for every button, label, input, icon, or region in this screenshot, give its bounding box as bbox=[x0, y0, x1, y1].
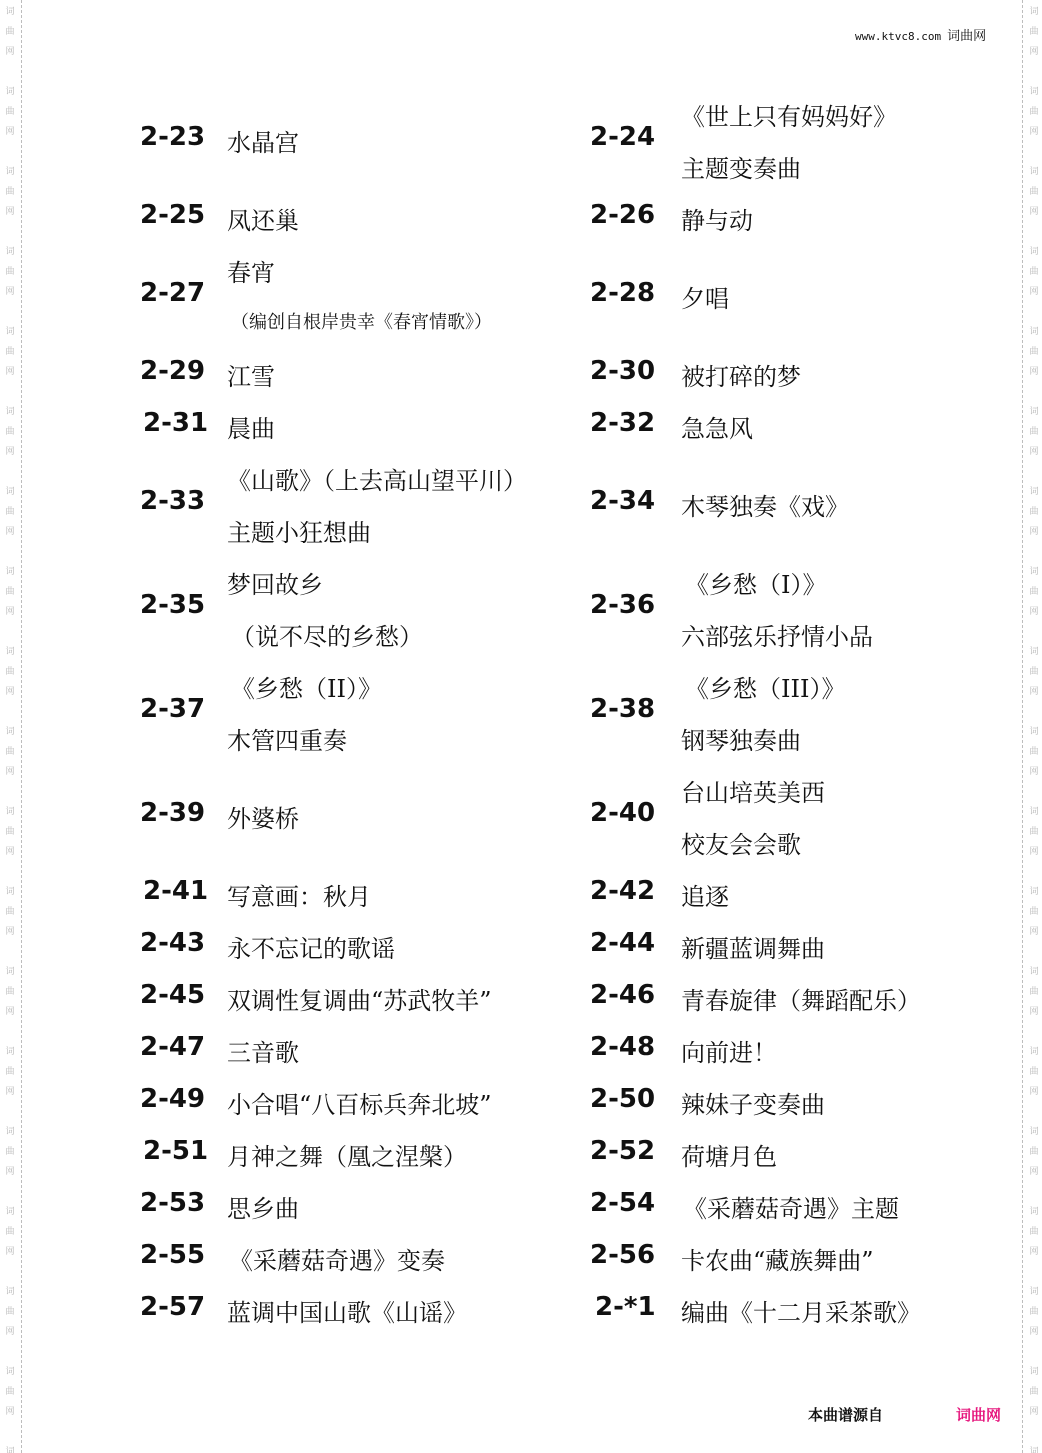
watermark-glyph: 词 bbox=[0, 165, 20, 180]
watermark-glyph: 网 bbox=[1024, 765, 1042, 780]
watermark-glyph: 网 bbox=[1024, 205, 1042, 220]
watermark-glyph: 网 bbox=[1024, 1325, 1042, 1340]
watermark-glyph: 网 bbox=[1024, 365, 1042, 380]
watermark-glyph: 曲 bbox=[1024, 905, 1042, 920]
entry-title: 小合唱“八百标兵奔北坡” bbox=[227, 1085, 492, 1120]
entry-title: 新疆蓝调舞曲 bbox=[681, 929, 825, 964]
entry-number: 2-45 bbox=[140, 980, 205, 1010]
watermark-glyph: 曲 bbox=[0, 425, 20, 440]
entry-number: 2-47 bbox=[140, 1032, 205, 1062]
entry-number: 2-56 bbox=[590, 1240, 655, 1270]
entry-title: 急急风 bbox=[681, 409, 753, 444]
entry-subtitle: （说不尽的乡愁） bbox=[231, 617, 423, 652]
entry-number: 2-46 bbox=[590, 980, 655, 1010]
entry-title: 江雪 bbox=[227, 357, 275, 392]
watermark-glyph: 曲 bbox=[0, 905, 20, 920]
entry-number: 2-34 bbox=[590, 486, 655, 516]
watermark-glyph: 词 bbox=[1024, 5, 1042, 20]
entry-number: 2-41 bbox=[143, 876, 208, 906]
watermark-glyph: 网 bbox=[0, 1405, 20, 1420]
watermark-glyph: 网 bbox=[0, 45, 20, 60]
watermark-glyph: 词 bbox=[0, 5, 20, 20]
watermark-glyph: 网 bbox=[0, 1005, 20, 1020]
watermark-glyph: 词 bbox=[0, 805, 20, 820]
entry-title: 台山培英美西 bbox=[681, 773, 825, 808]
entry-title: 《乡愁（II）》 bbox=[231, 669, 382, 704]
watermark-glyph: 词 bbox=[1024, 1365, 1042, 1380]
entry-number: 2-36 bbox=[590, 590, 655, 620]
watermark-glyph: 词 bbox=[0, 1125, 20, 1140]
watermark-glyph: 曲 bbox=[1024, 425, 1042, 440]
watermark-glyph: 曲 bbox=[0, 1305, 20, 1320]
watermark-glyph: 曲 bbox=[1024, 185, 1042, 200]
watermark-glyph: 词 bbox=[0, 1285, 20, 1300]
entry-number: 2-57 bbox=[140, 1292, 205, 1322]
watermark-glyph: 词 bbox=[0, 85, 20, 100]
watermark-glyph: 曲 bbox=[1024, 1385, 1042, 1400]
watermark-glyph: 词 bbox=[1024, 165, 1042, 180]
entry-number: 2-43 bbox=[140, 928, 205, 958]
entry-number: 2-30 bbox=[590, 356, 655, 386]
entry-number: 2-49 bbox=[140, 1084, 205, 1114]
entry-title: 写意画：秋月 bbox=[227, 877, 371, 912]
watermark-glyph: 网 bbox=[1024, 1165, 1042, 1180]
watermark-glyph: 曲 bbox=[1024, 265, 1042, 280]
watermark-glyph: 网 bbox=[1024, 285, 1042, 300]
entry-title: 梦回故乡 bbox=[227, 565, 323, 600]
entry-number: 2-48 bbox=[590, 1032, 655, 1062]
entry-number: 2-33 bbox=[140, 486, 205, 516]
entry-number: 2-*1 bbox=[595, 1292, 656, 1322]
watermark-glyph: 词 bbox=[0, 885, 20, 900]
watermark-glyph: 网 bbox=[1024, 605, 1042, 620]
watermark-glyph: 曲 bbox=[0, 185, 20, 200]
watermark-glyph: 网 bbox=[1024, 1245, 1042, 1260]
watermark-glyph: 曲 bbox=[1024, 1065, 1042, 1080]
watermark-glyph: 词 bbox=[1024, 405, 1042, 420]
entry-title: 《世上只有妈妈好》 bbox=[681, 97, 897, 132]
watermark-glyph: 词 bbox=[1024, 805, 1042, 820]
entry-subtitle: 木管四重奏 bbox=[227, 721, 347, 756]
entry-title: 木琴独奏《戏》 bbox=[681, 487, 849, 522]
watermark-glyph: 网 bbox=[0, 285, 20, 300]
entry-subtitle: 校友会会歌 bbox=[681, 825, 801, 860]
entry-number: 2-25 bbox=[140, 200, 205, 230]
watermark-glyph: 词 bbox=[0, 1205, 20, 1220]
entry-number: 2-42 bbox=[590, 876, 655, 906]
watermark-glyph: 词 bbox=[0, 1045, 20, 1060]
watermark-glyph: 网 bbox=[1024, 925, 1042, 940]
entry-title: 《采蘑菇奇遇》变奏 bbox=[229, 1241, 445, 1276]
watermark-glyph: 曲 bbox=[0, 1225, 20, 1240]
watermark-glyph: 词 bbox=[1024, 1445, 1042, 1453]
watermark-glyph: 曲 bbox=[1024, 505, 1042, 520]
watermark-glyph: 网 bbox=[0, 125, 20, 140]
watermark-glyph: 网 bbox=[0, 1165, 20, 1180]
watermark-glyph: 曲 bbox=[1024, 1305, 1042, 1320]
watermark-glyph: 曲 bbox=[1024, 585, 1042, 600]
watermark-glyph: 词 bbox=[0, 645, 20, 660]
entry-number: 2-37 bbox=[140, 694, 205, 724]
entry-number: 2-28 bbox=[590, 278, 655, 308]
page-footer: 本曲谱源自 词曲网 bbox=[808, 1404, 883, 1425]
entry-title: 向前进！ bbox=[681, 1033, 777, 1068]
watermark-glyph: 网 bbox=[1024, 445, 1042, 460]
watermark-glyph: 网 bbox=[0, 605, 20, 620]
entry-title: 被打碎的梦 bbox=[681, 357, 801, 392]
entry-title: 夕唱 bbox=[681, 279, 729, 314]
watermark-glyph: 词 bbox=[1024, 485, 1042, 500]
watermark-glyph: 曲 bbox=[0, 825, 20, 840]
right-watermark-strip: 词曲网词曲网词曲网词曲网词曲网词曲网词曲网词曲网词曲网词曲网词曲网词曲网词曲网词… bbox=[1022, 0, 1042, 1453]
entry-number: 2-23 bbox=[140, 122, 205, 152]
entry-title: 月神之舞（凰之涅槃） bbox=[227, 1137, 467, 1172]
entry-title: 双调性复调曲“苏武牧羊” bbox=[227, 981, 492, 1016]
entry-number: 2-29 bbox=[140, 356, 205, 386]
watermark-glyph: 曲 bbox=[1024, 985, 1042, 1000]
entry-number: 2-40 bbox=[590, 798, 655, 828]
entry-number: 2-51 bbox=[143, 1136, 208, 1166]
watermark-glyph: 词 bbox=[0, 325, 20, 340]
entry-subtitle: 钢琴独奏曲 bbox=[681, 721, 801, 756]
source-label: 本曲谱源自 bbox=[808, 1406, 883, 1424]
watermark-glyph: 曲 bbox=[0, 745, 20, 760]
watermark-glyph: 曲 bbox=[1024, 345, 1042, 360]
entry-number: 2-53 bbox=[140, 1188, 205, 1218]
entry-number: 2-38 bbox=[590, 694, 655, 724]
watermark-glyph: 曲 bbox=[0, 585, 20, 600]
entry-number: 2-31 bbox=[143, 408, 208, 438]
entry-number: 2-26 bbox=[590, 200, 655, 230]
watermark-glyph: 网 bbox=[1024, 45, 1042, 60]
brand-link[interactable]: 词曲网 bbox=[956, 1404, 1001, 1425]
entry-title: 编曲《十二月采茶歌》 bbox=[681, 1293, 921, 1328]
entry-title: 追逐 bbox=[681, 877, 729, 912]
watermark-glyph: 网 bbox=[1024, 525, 1042, 540]
watermark-glyph: 曲 bbox=[1024, 1145, 1042, 1160]
entry-title: 《乡愁（I）》 bbox=[685, 565, 826, 600]
watermark-glyph: 网 bbox=[1024, 845, 1042, 860]
watermark-glyph: 网 bbox=[1024, 1005, 1042, 1020]
watermark-glyph: 曲 bbox=[0, 1385, 20, 1400]
entry-number: 2-44 bbox=[590, 928, 655, 958]
entry-number: 2-55 bbox=[140, 1240, 205, 1270]
watermark-glyph: 网 bbox=[0, 1085, 20, 1100]
watermark-glyph: 词 bbox=[1024, 1125, 1042, 1140]
watermark-glyph: 网 bbox=[1024, 1085, 1042, 1100]
entry-title: 《采蘑菇奇遇》主题 bbox=[683, 1189, 899, 1224]
entry-title: 蓝调中国山歌《山谣》 bbox=[227, 1293, 467, 1328]
entry-title: 静与动 bbox=[681, 201, 753, 236]
watermark-glyph: 网 bbox=[0, 525, 20, 540]
watermark-glyph: 曲 bbox=[1024, 25, 1042, 40]
watermark-glyph: 词 bbox=[1024, 725, 1042, 740]
site-name: 词曲网 bbox=[947, 29, 986, 44]
entry-title: 春宵 bbox=[227, 253, 275, 288]
right-dashed-line bbox=[1022, 0, 1023, 1453]
left-watermark-strip: 词曲网词曲网词曲网词曲网词曲网词曲网词曲网词曲网词曲网词曲网词曲网词曲网词曲网词… bbox=[0, 0, 22, 1453]
watermark-glyph: 网 bbox=[1024, 1405, 1042, 1420]
entry-subtitle: （编创自根岸贵幸《春宵情歌》） bbox=[231, 308, 492, 334]
watermark-glyph: 曲 bbox=[0, 265, 20, 280]
entry-subtitle: 主题变奏曲 bbox=[681, 149, 801, 184]
entry-number: 2-27 bbox=[140, 278, 205, 308]
left-dashed-line bbox=[21, 0, 22, 1453]
watermark-glyph: 曲 bbox=[0, 985, 20, 1000]
watermark-glyph: 曲 bbox=[0, 25, 20, 40]
watermark-glyph: 网 bbox=[0, 765, 20, 780]
entry-number: 2-54 bbox=[590, 1188, 655, 1218]
entry-subtitle: 六部弦乐抒情小品 bbox=[681, 617, 873, 652]
watermark-glyph: 词 bbox=[0, 565, 20, 580]
watermark-glyph: 词 bbox=[0, 1365, 20, 1380]
watermark-glyph: 网 bbox=[0, 1325, 20, 1340]
watermark-glyph: 网 bbox=[0, 685, 20, 700]
watermark-glyph: 词 bbox=[0, 245, 20, 260]
watermark-glyph: 网 bbox=[1024, 125, 1042, 140]
watermark-glyph: 词 bbox=[0, 725, 20, 740]
watermark-glyph: 网 bbox=[0, 1245, 20, 1260]
watermark-glyph: 网 bbox=[0, 445, 20, 460]
watermark-glyph: 网 bbox=[0, 205, 20, 220]
watermark-glyph: 词 bbox=[1024, 1285, 1042, 1300]
watermark-glyph: 曲 bbox=[1024, 105, 1042, 120]
entry-title: 三音歌 bbox=[227, 1033, 299, 1068]
watermark-glyph: 词 bbox=[0, 1445, 20, 1453]
site-header: www.ktvc8.com词曲网 bbox=[855, 25, 986, 44]
entry-title: 卡农曲“藏族舞曲” bbox=[681, 1241, 874, 1276]
entry-title: 思乡曲 bbox=[227, 1189, 299, 1224]
watermark-glyph: 词 bbox=[1024, 85, 1042, 100]
entry-title: 水晶宫 bbox=[227, 123, 299, 158]
entry-title: 永不忘记的歌谣 bbox=[227, 929, 395, 964]
watermark-glyph: 网 bbox=[0, 365, 20, 380]
entry-title: 荷塘月色 bbox=[681, 1137, 777, 1172]
watermark-glyph: 词 bbox=[1024, 245, 1042, 260]
entry-subtitle: 主题小狂想曲 bbox=[227, 513, 371, 548]
watermark-glyph: 曲 bbox=[0, 1065, 20, 1080]
watermark-glyph: 曲 bbox=[0, 665, 20, 680]
site-url[interactable]: www.ktvc8.com bbox=[855, 30, 941, 43]
entry-title: 晨曲 bbox=[227, 409, 275, 444]
watermark-glyph: 曲 bbox=[1024, 1225, 1042, 1240]
watermark-glyph: 曲 bbox=[0, 345, 20, 360]
watermark-glyph: 词 bbox=[0, 405, 20, 420]
entry-title: 辣妹子变奏曲 bbox=[681, 1085, 825, 1120]
watermark-glyph: 词 bbox=[0, 485, 20, 500]
entry-title: 外婆桥 bbox=[227, 799, 299, 834]
watermark-glyph: 词 bbox=[1024, 565, 1042, 580]
entry-title: 《山歌》（上去高山望平川） bbox=[227, 461, 527, 496]
entry-number: 2-32 bbox=[590, 408, 655, 438]
entry-title: 《乡愁（III）》 bbox=[685, 669, 845, 704]
watermark-glyph: 曲 bbox=[0, 105, 20, 120]
watermark-glyph: 曲 bbox=[0, 505, 20, 520]
entry-title: 青春旋律（舞蹈配乐） bbox=[681, 981, 921, 1016]
watermark-glyph: 词 bbox=[1024, 1045, 1042, 1060]
watermark-glyph: 网 bbox=[0, 845, 20, 860]
watermark-glyph: 网 bbox=[1024, 685, 1042, 700]
entry-title: 凤还巢 bbox=[227, 201, 299, 236]
watermark-glyph: 曲 bbox=[1024, 665, 1042, 680]
watermark-glyph: 词 bbox=[1024, 965, 1042, 980]
watermark-glyph: 词 bbox=[0, 965, 20, 980]
entry-number: 2-52 bbox=[590, 1136, 655, 1166]
watermark-glyph: 曲 bbox=[0, 1145, 20, 1160]
entry-number: 2-39 bbox=[140, 798, 205, 828]
entry-number: 2-24 bbox=[590, 122, 655, 152]
watermark-glyph: 网 bbox=[0, 925, 20, 940]
watermark-glyph: 曲 bbox=[1024, 825, 1042, 840]
watermark-glyph: 词 bbox=[1024, 885, 1042, 900]
watermark-glyph: 词 bbox=[1024, 645, 1042, 660]
entry-number: 2-50 bbox=[590, 1084, 655, 1114]
entry-number: 2-35 bbox=[140, 590, 205, 620]
watermark-glyph: 词 bbox=[1024, 325, 1042, 340]
watermark-glyph: 曲 bbox=[1024, 745, 1042, 760]
watermark-glyph: 词 bbox=[1024, 1205, 1042, 1220]
